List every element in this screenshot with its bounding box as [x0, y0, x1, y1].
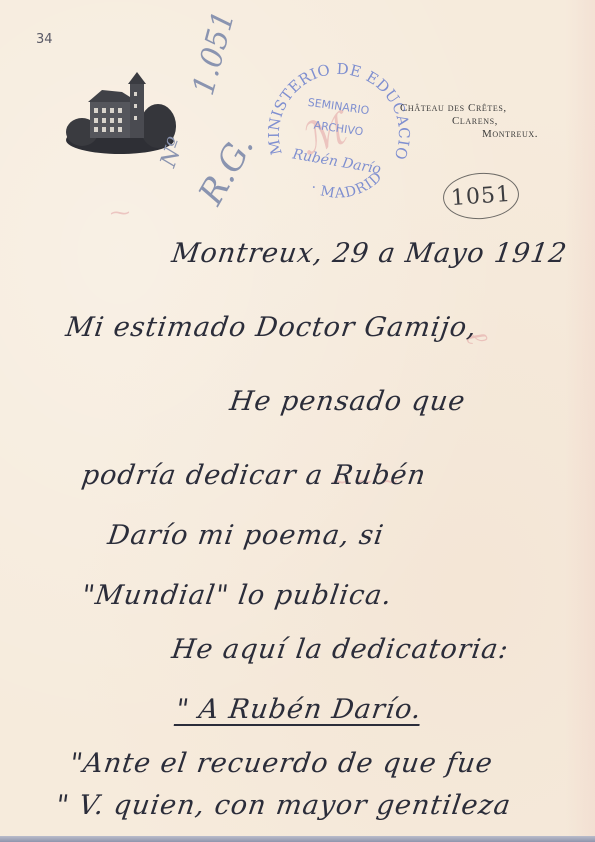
paper-edge-stain [565, 0, 595, 842]
dedication-heading: " A Rubén Darío. [174, 694, 424, 725]
pencil-annotation-number: 1.051 [186, 7, 242, 99]
letter-line: Darío mi poema, si [106, 520, 386, 551]
ministry-archive-stamp: MINISTERIO DE EDUCACION NACIONAL · MADRI… [262, 48, 412, 218]
letter-line: " V. quien, con mayor gentileza [54, 790, 513, 821]
archive-number-badge: 1051 [441, 170, 520, 221]
letter-salutation: Mi estimado Doctor Gamijo, [64, 312, 479, 343]
svg-text:ARCHIVO: ARCHIVO [313, 119, 364, 139]
letter-line: He aquí la dedicatoria: [170, 634, 511, 665]
scan-bottom-edge [0, 836, 595, 842]
letter-line: podría dedicar a Rubén [80, 460, 428, 491]
pencil-annotation-initials: R.G. [191, 128, 262, 211]
bleed-through-mark: ⁓ [110, 200, 130, 224]
letter-line: "Ante el recuerdo de que fue [68, 748, 495, 779]
letter-place-date: Montreux, 29 a Mayo 1912 [170, 238, 569, 269]
page-number: 34 [36, 32, 53, 47]
letter-line: "Mundial" lo publica. [80, 580, 394, 611]
svg-text:SEMINARIO: SEMINARIO [307, 96, 371, 118]
letter-page: ℳ ℓ ~ ~ ~ ⁓ 34 Nº 1.051 R.G. MINISTERIO … [0, 0, 595, 842]
letterhead-line-2: Clarens, [452, 115, 498, 127]
letterhead-line-3: Montreux. [482, 128, 538, 140]
svg-text:Rubén Darío: Rubén Darío [290, 146, 382, 177]
castle-engraving-icon [62, 70, 178, 158]
letterhead-line-1: Château des Crêtes, [400, 102, 507, 114]
letter-line: He pensado que [228, 386, 468, 417]
